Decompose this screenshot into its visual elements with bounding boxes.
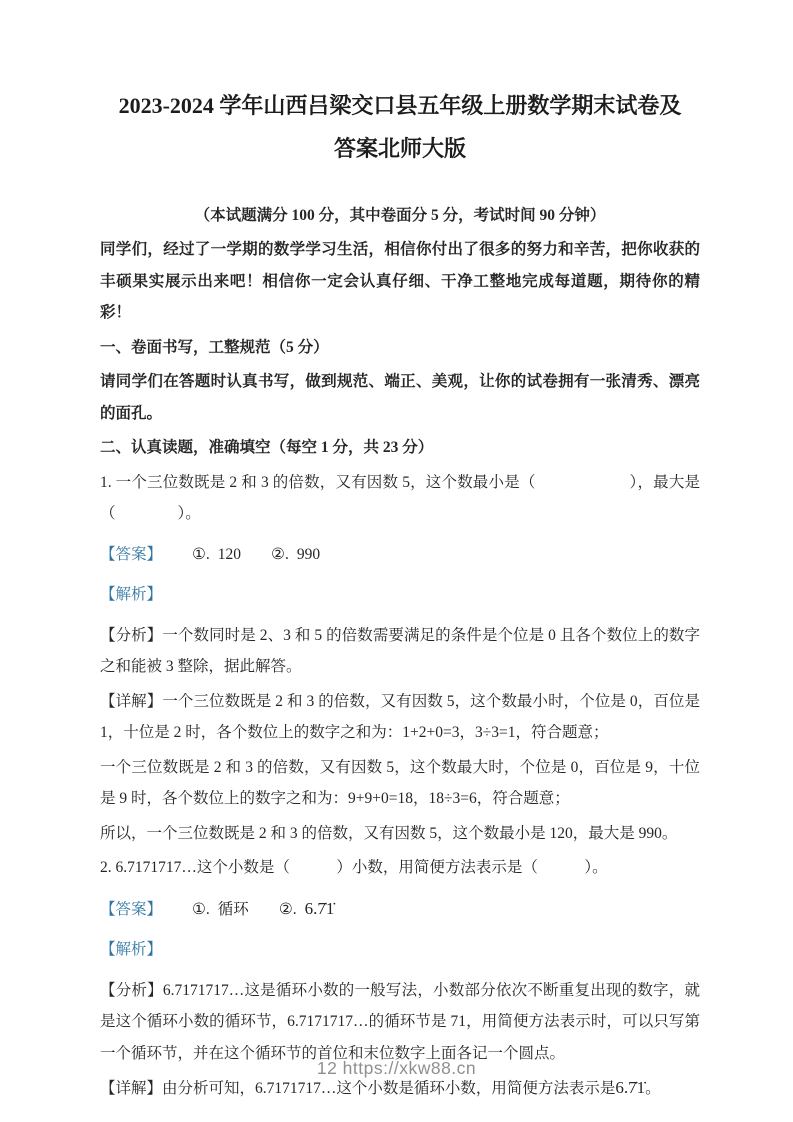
answer-item-2-value: 990 [297,546,320,563]
answer-item-2: ②.990 [271,546,320,563]
answer-item-2-label: ②. [271,546,289,563]
answer-item-1-value: 120 [218,546,241,563]
detail-tag: 【详解】 [100,693,162,710]
answer-item-2: ②.6.7̇1̇ [279,901,335,918]
footer-page-number-url: 12 https://xkw88.cn [0,1058,793,1079]
answer-item-1: ①.循环 [192,901,249,918]
analysis-tag: 【分析】 [100,982,163,999]
detail-tag: 【详解】 [100,1080,162,1097]
section-heading-1: 一、卷面书写，工整规范（5 分） [100,332,700,364]
question-1-detail-2: 一个三位数既是 2 和 3 的倍数，又有因数 5，这个数最大时，个位是 0，百位… [100,752,700,815]
document-page: 2023-2024 学年山西吕梁交口县五年级上册数学期末试卷及 答案北师大版 （… [100,84,700,1108]
jiexi-marker: 【解析】 [100,586,162,603]
intro-paragraph: 同学们，经过了一学期的数学学习生活，相信你付出了很多的努力和辛苦，把你收获的丰硕… [100,234,700,329]
question-2-analysis: 【分析】6.7171717…这是循环小数的一般写法，小数部分依次不断重复出现的数… [100,975,700,1070]
analysis-text: 一个数同时是 2、3 和 5 的倍数需要满足的条件是个位是 0 且各个数位上的数… [100,627,700,676]
answer-item-2-label: ②. [279,901,297,918]
question-2-jiexi-row: 【解析】 [100,934,700,966]
page-title: 2023-2024 学年山西吕梁交口县五年级上册数学期末试卷及 答案北师大版 [100,84,700,170]
question-1-analysis: 【分析】一个数同时是 2、3 和 5 的倍数需要满足的条件是个位是 0 且各个数… [100,620,700,683]
detail-repeating-decimal: 6.7̇1̇ [615,1078,645,1097]
detail-text: 由分析可知，6.7171717…这个小数是循环小数，用简便方法表示是 [162,1080,615,1097]
question-1-jiexi-row: 【解析】 [100,579,700,611]
detail-text-1: 一个三位数既是 2 和 3 的倍数，又有因数 5，这个数最小时，个位是 0，百位… [100,693,700,742]
answer-item-1-value: 循环 [218,901,249,918]
answer-item-1-label: ①. [192,901,210,918]
jiexi-marker: 【解析】 [100,941,162,958]
question-1-answer-row: 【答案】①.120②.990 [100,539,700,571]
question-1-detail: 【详解】一个三位数既是 2 和 3 的倍数，又有因数 5，这个数最小时，个位是 … [100,686,700,749]
page-title-line2: 答案北师大版 [100,127,700,170]
question-1-detail-3: 所以，一个三位数既是 2 和 3 的倍数，又有因数 5，这个数最小是 120，最… [100,818,700,850]
analysis-text: 6.7171717…这是循环小数的一般写法，小数部分依次不断重复出现的数字，就是… [100,982,700,1062]
question-2-answer-row: 【答案】①.循环②.6.7̇1̇ [100,893,700,926]
exam-score-info: （本试题满分 100 分，其中卷面分 5 分，考试时间 90 分钟） [100,200,700,231]
section1-body: 请同学们在答题时认真书写，做到规范、端正、美观，让你的试卷拥有一张清秀、漂亮的面… [100,366,700,429]
detail-suffix: 。 [645,1080,661,1097]
answer-marker: 【答案】 [100,546,162,563]
answer-marker: 【答案】 [100,901,162,918]
answer-item-1: ①.120 [192,546,241,563]
question-1-text: 1. 一个三位数既是 2 和 3 的倍数，又有因数 5，这个数最小是（ ），最大… [100,467,700,530]
page-title-line1: 2023-2024 学年山西吕梁交口县五年级上册数学期末试卷及 [100,84,700,127]
analysis-tag: 【分析】 [100,627,162,644]
answer-item-1-label: ①. [192,546,210,563]
answer-item-2-value: 6.7̇1̇ [305,899,335,918]
section-heading-2: 二、认真读题，准确填空（每空 1 分，共 23 分） [100,432,700,464]
question-2-text: 2. 6.7171717…这个小数是（ ）小数，用简便方法表示是（ ）。 [100,852,700,884]
